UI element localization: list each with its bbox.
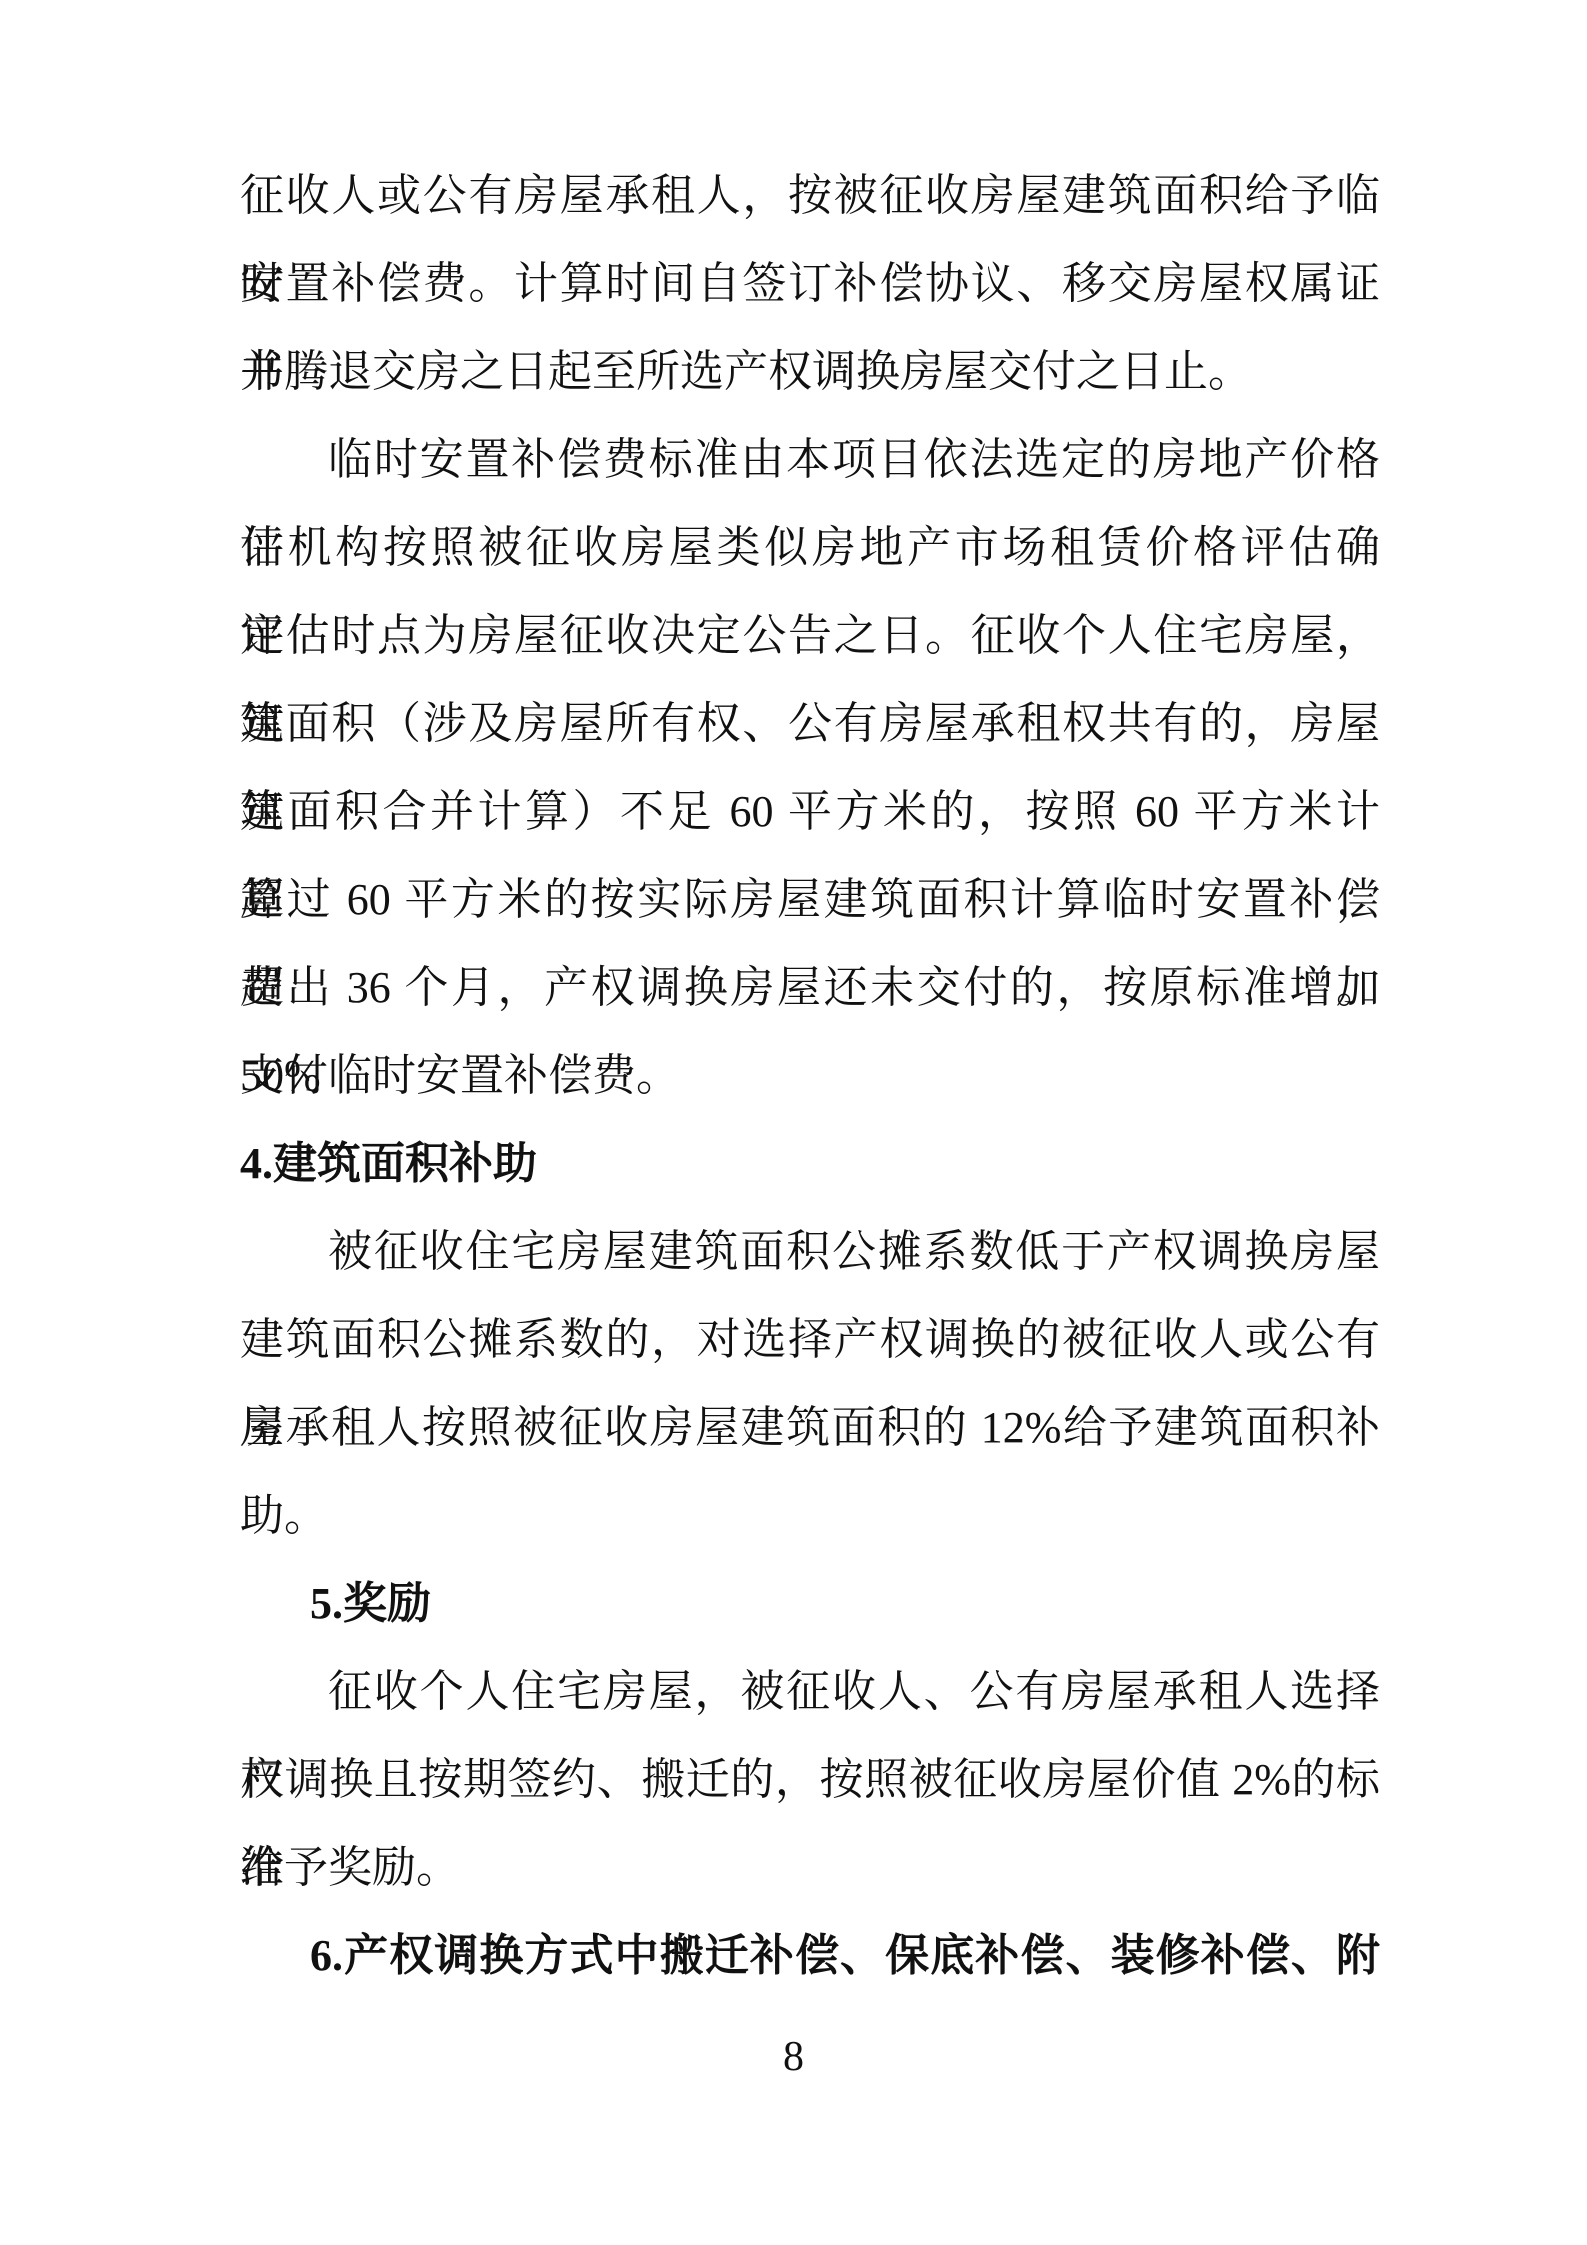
document-page: 征收人或公有房屋承租人，按被征收房屋建筑面积给予临时 安置补偿费。计算时间自签订… <box>0 0 1587 2245</box>
text-line: 被征收住宅房屋建筑面积公摊系数低于产权调换房屋 <box>240 1208 1380 1296</box>
text-line: 筑面积（涉及房屋所有权、公有房屋承租权共有的，房屋建 <box>240 680 1380 768</box>
text-line: 超过 60 平方米的按实际房屋建筑面积计算临时安置补偿费。 <box>240 856 1380 944</box>
text-line: 征收人或公有房屋承租人，按被征收房屋建筑面积给予临时 <box>240 152 1380 240</box>
text-line: 筑面积合并计算）不足 60 平方米的，按照 60 平方米计算， <box>240 768 1380 856</box>
text-line: 权调换且按期签约、搬迁的，按照被征收房屋价值 2%的标准 <box>240 1736 1380 1824</box>
text-line: 屋承租人按照被征收房屋建筑面积的 12%给予建筑面积补 <box>240 1384 1380 1472</box>
text-line: 征收个人住宅房屋，被征收人、公有房屋承租人选择产 <box>240 1648 1380 1736</box>
text-line: 临时安置补偿费标准由本项目依法选定的房地产价格评 <box>240 416 1380 504</box>
text-line: 安置补偿费。计算时间自签订补偿协议、移交房屋权属证书 <box>240 240 1380 328</box>
text-line: 支付临时安置补偿费。 <box>240 1032 1380 1120</box>
text-line: 助。 <box>240 1472 1380 1560</box>
text-line: 并腾退交房之日起至所选产权调换房屋交付之日止。 <box>240 328 1380 416</box>
text-line: 评估时点为房屋征收决定公告之日。征收个人住宅房屋，建 <box>240 592 1380 680</box>
document-text-block: 征收人或公有房屋承租人，按被征收房屋建筑面积给予临时 安置补偿费。计算时间自签订… <box>240 152 1380 2000</box>
text-line: 建筑面积公摊系数的，对选择产权调换的被征收人或公有房 <box>240 1296 1380 1384</box>
text-line: 超出 36 个月，产权调换房屋还未交付的，按原标准增加 50% <box>240 944 1380 1032</box>
section-heading-4: 4.建筑面积补助 <box>240 1120 1380 1208</box>
section-heading-5: 5.奖励 <box>240 1560 1380 1648</box>
page-number: 8 <box>0 2028 1587 2086</box>
text-line: 估机构按照被征收房屋类似房地产市场租赁价格评估确定， <box>240 504 1380 592</box>
text-line: 给予奖励。 <box>240 1824 1380 1912</box>
section-heading-6: 6.产权调换方式中搬迁补偿、保底补偿、装修补偿、附 <box>240 1912 1380 2000</box>
